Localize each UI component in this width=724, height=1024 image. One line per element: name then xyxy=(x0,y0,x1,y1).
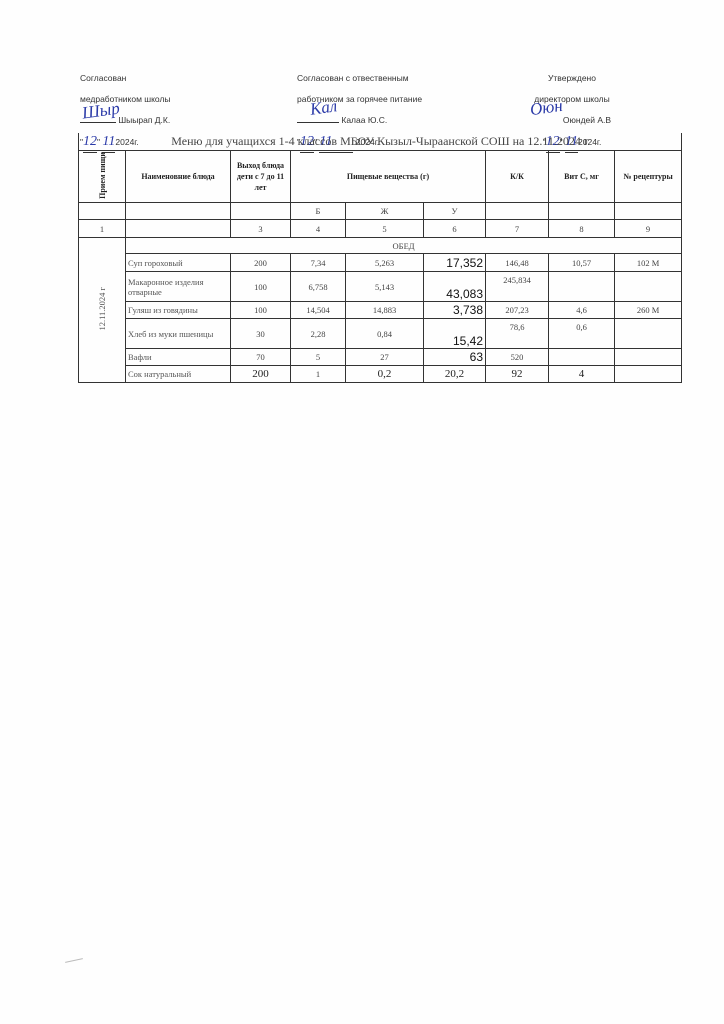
approval-food-name: Калаа Ю.С. xyxy=(341,115,387,125)
fat: 5,143 xyxy=(346,272,424,302)
col-number: 3 xyxy=(231,220,291,238)
vitamin-c xyxy=(549,349,615,366)
recipe-number xyxy=(615,272,682,302)
protein: 14,504 xyxy=(291,302,346,319)
calories: 520 xyxy=(486,349,549,366)
recipe-number: 260 М xyxy=(615,302,682,319)
portion: 200 xyxy=(231,254,291,272)
table-row: Макаронное изделия отварные 100 6,758 5,… xyxy=(79,272,682,302)
column-number-row: 1 3 4 5 6 7 8 9 xyxy=(79,220,682,238)
header-vitc: Вит С, мг xyxy=(549,151,615,203)
portion: 70 xyxy=(231,349,291,366)
col-number: 5 xyxy=(346,220,424,238)
signature-line xyxy=(297,122,339,123)
recipe-number xyxy=(615,319,682,349)
carbs: 63 xyxy=(424,349,486,366)
carbs: 3,738 xyxy=(424,302,486,319)
subheader-protein: Б xyxy=(291,203,346,220)
fat: 27 xyxy=(346,349,424,366)
menu-title: Меню для учащихся 1-4 классов МБОУ Кызыл… xyxy=(79,133,682,151)
portion: 100 xyxy=(231,272,291,302)
fat: 14,883 xyxy=(346,302,424,319)
calories: 78,6 xyxy=(486,319,549,349)
carbs: 43,083 xyxy=(424,272,486,302)
carbs: 15,42 xyxy=(424,319,486,349)
col-number: 1 xyxy=(79,220,126,238)
vitamin-c: 4 xyxy=(549,366,615,383)
recipe-number xyxy=(615,366,682,383)
header-meal: Прием пищи xyxy=(79,151,126,203)
portion: 30 xyxy=(231,319,291,349)
table-row: Вафли 70 5 27 63 520 xyxy=(79,349,682,366)
protein: 1 xyxy=(291,366,346,383)
col-number: 4 xyxy=(291,220,346,238)
approval-food-line1: Согласован с отвественным xyxy=(297,68,422,89)
col-number: 7 xyxy=(486,220,549,238)
dish-name: Гуляш из говядины xyxy=(126,302,231,319)
carbs: 20,2 xyxy=(424,366,486,383)
fat: 0,84 xyxy=(346,319,424,349)
dish-name: Вафли xyxy=(126,349,231,366)
recipe-number: 102 М xyxy=(615,254,682,272)
header-nutrients: Пищевые вещества (г) xyxy=(291,151,486,203)
col-number: 8 xyxy=(549,220,615,238)
date-cell: 12.11.2024 г xyxy=(79,238,126,383)
section-lunch: ОБЕД xyxy=(126,238,682,254)
table-row: Сок натуральный 200 1 0,2 20,2 92 4 xyxy=(79,366,682,383)
header-portion: Выход блюда дети с 7 до 11 лет xyxy=(231,151,291,203)
vitamin-c: 0,6 xyxy=(549,319,615,349)
carbs: 17,352 xyxy=(424,254,486,272)
portion: 200 xyxy=(231,366,291,383)
protein: 5 xyxy=(291,349,346,366)
vitamin-c xyxy=(549,272,615,302)
subheader-fat: Ж xyxy=(346,203,424,220)
approval-medical-name: Шыырап Д.К. xyxy=(118,115,170,125)
protein: 2,28 xyxy=(291,319,346,349)
vitamin-c: 10,57 xyxy=(549,254,615,272)
protein: 6,758 xyxy=(291,272,346,302)
col-number xyxy=(126,220,231,238)
table-row: Суп гороховый 200 7,34 5,263 17,352 146,… xyxy=(79,254,682,272)
menu-table: Меню для учащихся 1-4 классов МБОУ Кызыл… xyxy=(78,133,682,383)
dish-name: Суп гороховый xyxy=(126,254,231,272)
col-number: 6 xyxy=(424,220,486,238)
header-dish: Наименовние блюда xyxy=(126,151,231,203)
protein: 7,34 xyxy=(291,254,346,272)
dish-name: Хлеб из муки пшеницы xyxy=(126,319,231,349)
portion: 100 xyxy=(231,302,291,319)
table-row: Хлеб из муки пшеницы 30 2,28 0,84 15,42 … xyxy=(79,319,682,349)
calories: 245,834 xyxy=(486,272,549,302)
approval-director-name: Оюндей А.В xyxy=(563,115,611,125)
vitamin-c: 4,6 xyxy=(549,302,615,319)
approval-director-line1: Утверждено xyxy=(512,68,632,89)
calories: 92 xyxy=(486,366,549,383)
recipe-number xyxy=(615,349,682,366)
header-row: Прием пищи Наименовние блюда Выход блюда… xyxy=(79,151,682,203)
approval-medical-line1: Согласован xyxy=(80,68,171,89)
col-number: 9 xyxy=(615,220,682,238)
scan-mark xyxy=(65,958,83,963)
header-kk: К/К xyxy=(486,151,549,203)
dish-name: Макаронное изделия отварные xyxy=(126,272,231,302)
table-row: Гуляш из говядины 100 14,504 14,883 3,73… xyxy=(79,302,682,319)
fat: 0,2 xyxy=(346,366,424,383)
header-recipe: № рецептуры xyxy=(615,151,682,203)
subheader-carbs: У xyxy=(424,203,486,220)
subheader-row: Б Ж У xyxy=(79,203,682,220)
calories: 146,48 xyxy=(486,254,549,272)
dish-name: Сок натуральный xyxy=(126,366,231,383)
fat: 5,263 xyxy=(346,254,424,272)
calories: 207,23 xyxy=(486,302,549,319)
signature-food-responsible: Кал xyxy=(309,96,339,120)
